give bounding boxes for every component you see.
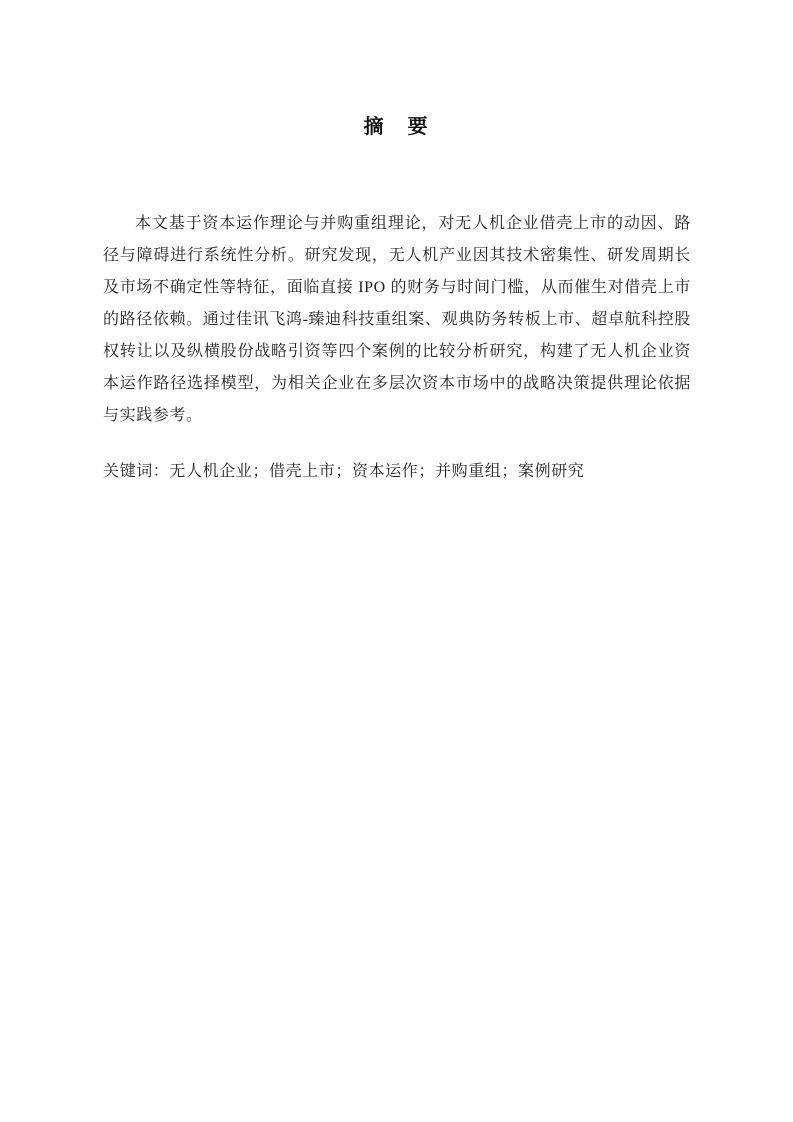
document-page: 摘 要 本文基于资本运作理论与并购重组理论，对无人机企业借壳上市的动因、路径与障…	[0, 0, 793, 1122]
abstract-paragraph: 本文基于资本运作理论与并购重组理论，对无人机企业借壳上市的动因、路径与障碍进行系…	[103, 208, 691, 432]
page-title: 摘 要	[0, 115, 793, 139]
keywords-line: 关键词：无人机企业；借壳上市；资本运作；并购重组；案例研究	[103, 456, 703, 488]
